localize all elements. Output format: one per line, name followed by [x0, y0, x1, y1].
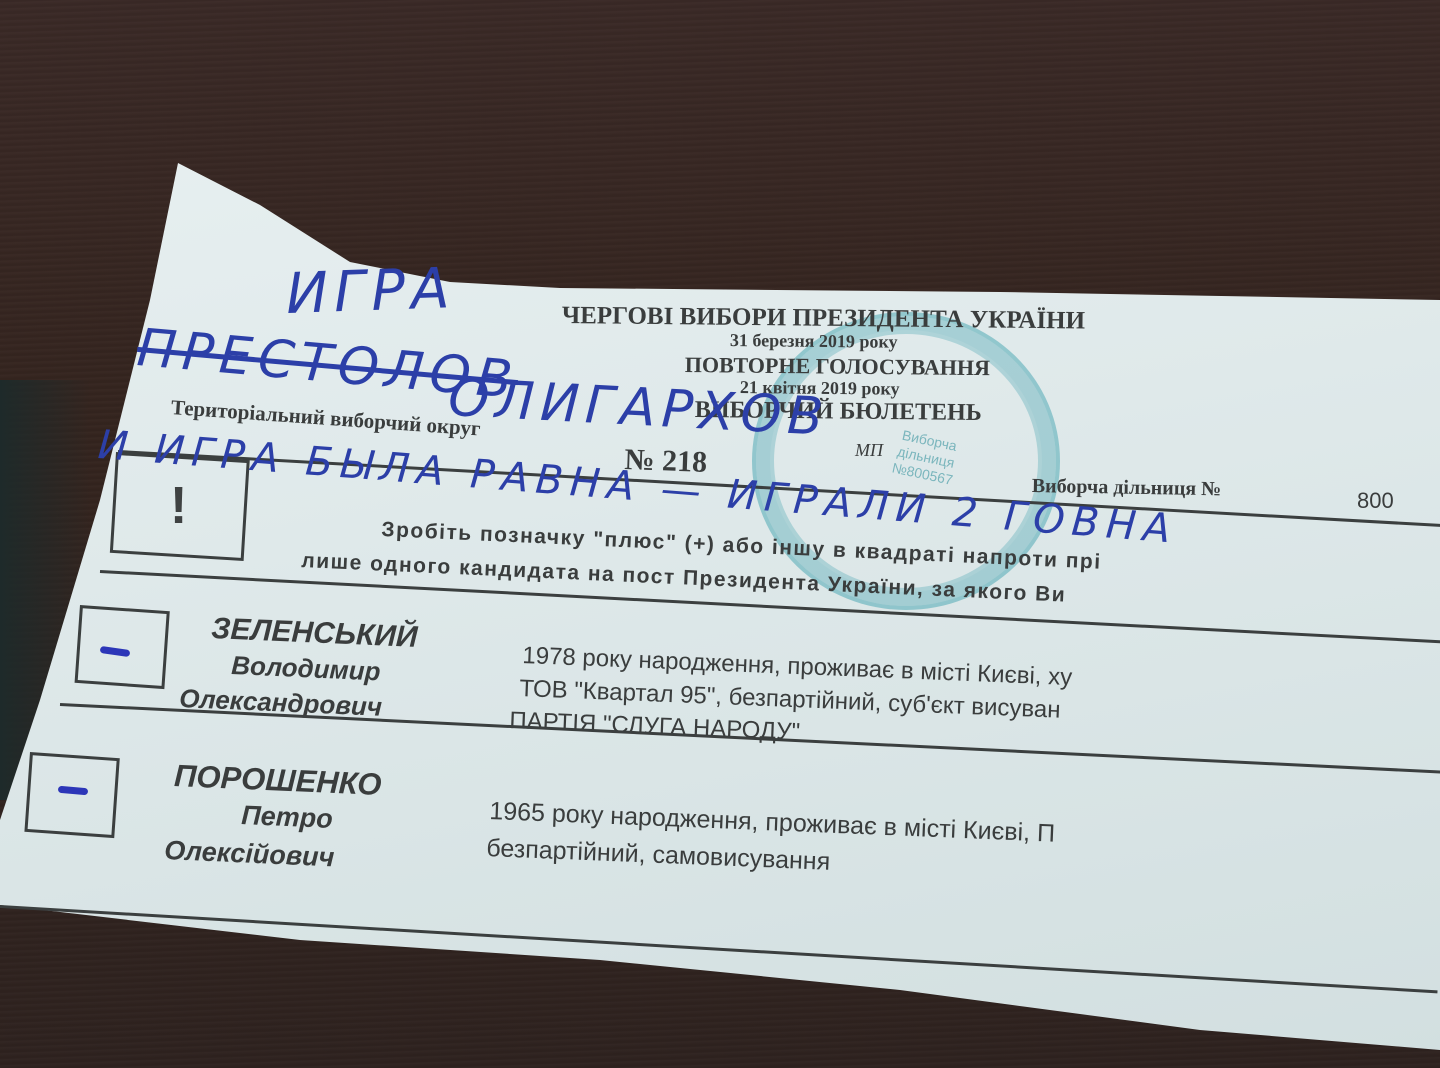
candidate-1-rule	[60, 703, 1440, 774]
handwriting-line-1: ИГРА	[285, 256, 456, 327]
candidate-2-surname: ПОРОШЕНКО	[173, 758, 382, 803]
candidate-1-patronymic: Олександрович	[179, 683, 383, 723]
stamp-text: Виборча дільниця №800567	[890, 426, 961, 489]
candidate-2-patronymic: Олексійович	[164, 835, 335, 873]
ballot-date-first-round: 31 березня 2019 року	[730, 330, 898, 353]
instruction-line-1: Зробіть позначку "плюс" (+) або іншу в к…	[381, 518, 1102, 575]
ballot-runoff-label: ПОВТОРНЕ ГОЛОСУВАННЯ	[685, 352, 990, 381]
candidate-1-ink-mark	[100, 646, 131, 657]
candidate-2-first-name: Петро	[241, 800, 334, 835]
handwriting-line-3: И ИГРА БЫЛА РАВНА — ИГРАЛИ 2 ГОВНА	[96, 422, 1179, 553]
precinct-number: 800	[1357, 488, 1394, 514]
candidate-1-info-line-3: ПАРТІЯ "СЛУГА НАРОДУ"	[509, 707, 801, 747]
stamp-mark-label: МП	[855, 440, 883, 461]
candidate-2-info-line-2: безпартійний, самовисування	[486, 834, 831, 877]
candidate-1-info-line-2: ТОВ "Квартал 95", безпартійний, суб'єкт …	[519, 675, 1061, 725]
candidate-1-info-line-1: 1978 року народження, проживає в місті К…	[522, 642, 1073, 692]
table-surface-shadow	[0, 380, 90, 800]
instruction-top-rule	[118, 450, 1440, 527]
ballot-paper: Виборча дільниця №800567 ЧЕРГОВІ ВИБОРИ …	[0, 0, 1440, 1068]
precinct-label: Виборча дільниця №	[1032, 475, 1222, 501]
candidate-2-info-line-1: 1965 року народження, проживає в місті К…	[489, 797, 1056, 849]
ballot-date-runoff: 21 квітня 2019 року	[740, 377, 900, 400]
district-number: № 218	[624, 443, 708, 480]
candidate-1-surname: ЗЕЛЕНСЬКИЙ	[211, 612, 419, 655]
official-stamp	[752, 312, 1060, 610]
ballot-doc-type: ВИБОРЧИЙ БЮЛЕТЕНЬ	[695, 397, 982, 427]
candidate-2-rule	[0, 905, 1438, 993]
handwriting-line-2: ОЛИГАРХОВ	[447, 368, 831, 448]
candidate-1-first-name: Володимир	[231, 650, 382, 687]
paper-sheet	[0, 0, 1440, 1068]
instruction-bottom-rule	[100, 570, 1440, 644]
ballot-title: ЧЕРГОВІ ВИБОРИ ПРЕЗИДЕНТА УКРАЇНИ	[562, 302, 1085, 335]
exclamation-icon: !	[170, 476, 187, 536]
instruction-icon-box	[110, 452, 250, 561]
instruction-line-2: лише одного кандидата на пост Президента…	[301, 549, 1067, 608]
handwriting-struck-word: ПРЕСТОЛОВ	[135, 318, 521, 411]
district-label: Територіальний виборчий округ	[170, 395, 481, 442]
